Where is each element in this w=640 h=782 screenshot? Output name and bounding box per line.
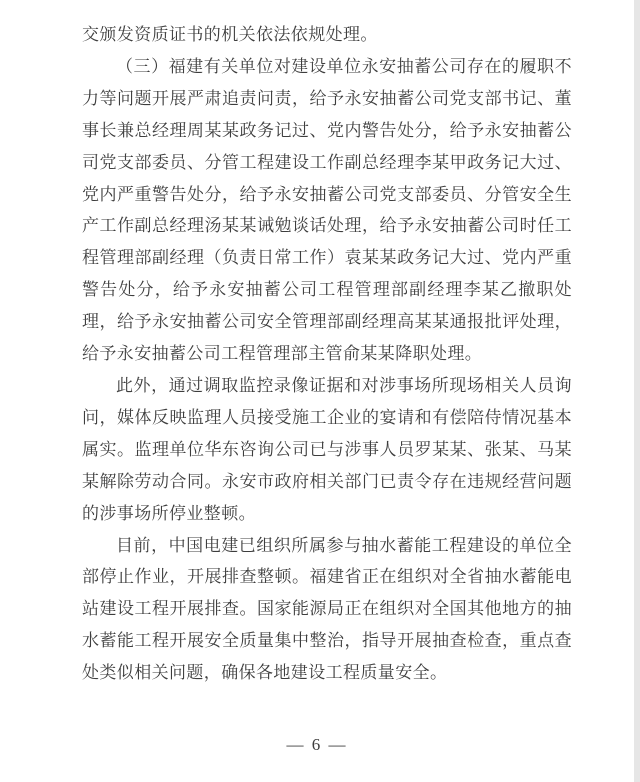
page-number: — 6 — <box>287 735 348 754</box>
document-page: 交颁发资质证书的机关依法依规处理。 （三）福建有关单位对建设单位永安抽蓄公司存在… <box>0 0 640 782</box>
body-paragraph: 此外，通过调取监控录像证据和对涉事场所现场相关人员询问，媒体反映监理人员接受施工… <box>82 370 572 530</box>
body-paragraph: 交颁发资质证书的机关依法依规处理。 <box>82 19 572 51</box>
body-paragraph: 目前，中国电建已组织所属参与抽水蓄能工程建设的单位全部停止作业，开展排查整顿。福… <box>82 530 572 690</box>
document-body: 交颁发资质证书的机关依法依规处理。 （三）福建有关单位对建设单位永安抽蓄公司存在… <box>82 19 572 689</box>
body-paragraph: （三）福建有关单位对建设单位永安抽蓄公司存在的履职不力等问题开展严肃追责问责，给… <box>82 51 572 370</box>
page-edge-strip <box>634 0 640 782</box>
page-footer: — 6 — <box>0 735 634 755</box>
